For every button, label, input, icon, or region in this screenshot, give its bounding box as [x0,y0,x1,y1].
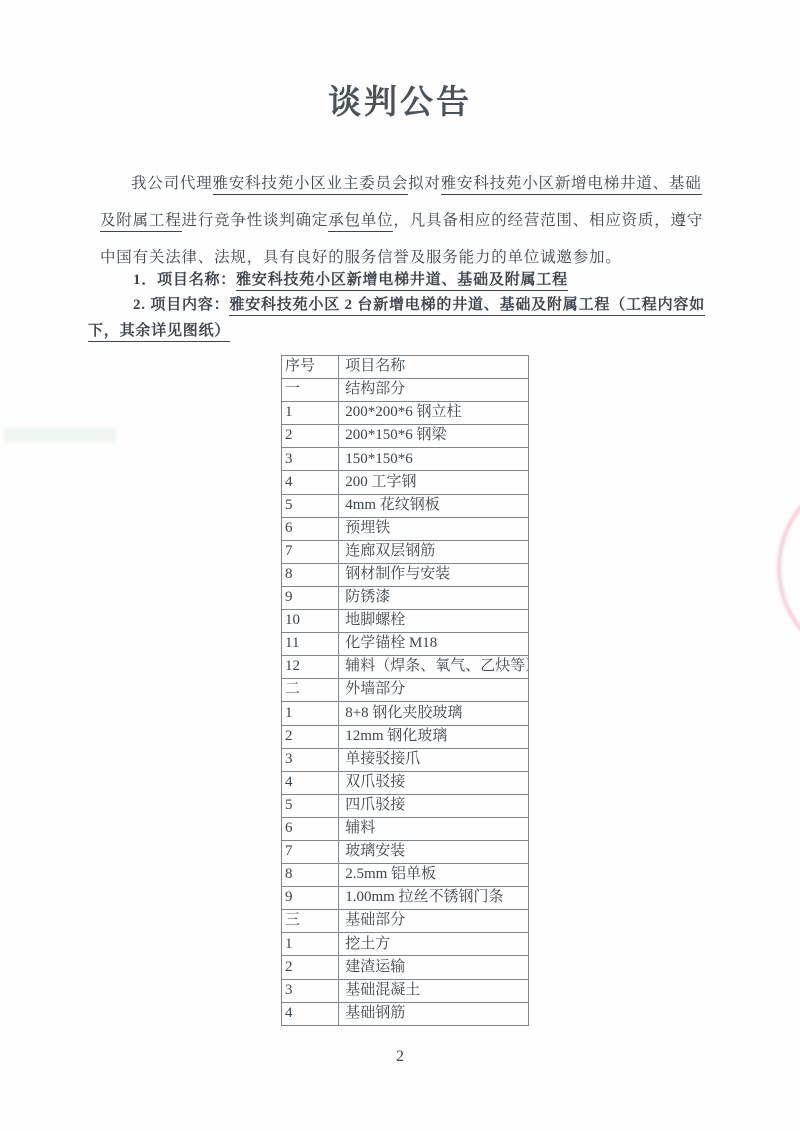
cell-item-name: 辅料 [339,817,529,840]
table-row: 212mm 钢化玻璃 [282,725,529,748]
project-items-table: 序号项目名称 一结构部分1200*200*6 钢立柱2200*150*6 钢梁3… [281,355,529,1026]
table-row: 6辅料 [282,817,529,840]
cell-item-name: 基础混凝土 [339,979,529,1002]
cell-item-name: 建渣运输 [339,956,529,979]
cell-seq: 3 [282,748,339,771]
table-row: 三基础部分 [282,910,529,933]
table-row: 1挖土方 [282,933,529,956]
text-line: 下，其余详见图纸） [88,319,728,344]
cell-seq: 7 [282,540,339,563]
cell-seq: 8 [282,864,339,887]
cell-item-name: 化学锚栓 M18 [339,633,529,656]
table-header-row: 序号项目名称 [282,356,529,379]
document-page: 谈判公告 我公司代理雅安科技苑小区业主委员会拟对雅安科技苑小区新增电梯井道、基础… [0,0,800,1131]
cell-item-name: 1.00mm 拉丝不锈钢门条 [339,887,529,910]
cell-item-name: 200 工字钢 [339,471,529,494]
cell-item-name: 200*200*6 钢立柱 [339,402,529,425]
table-body: 一结构部分1200*200*6 钢立柱2200*150*6 钢梁3150*150… [282,379,529,1026]
cell-item-name: 4mm 花纹钢板 [339,494,529,517]
cell-seq: 5 [282,794,339,817]
table-row: 5四爪驳接 [282,794,529,817]
cell-item-name: 四爪驳接 [339,794,529,817]
cell-item-name: 连廊双层钢筋 [339,540,529,563]
cell-item-name: 外墙部分 [339,679,529,702]
cell-item-name: 钢材制作与安装 [339,563,529,586]
cell-seq: 12 [282,656,339,679]
text-line: 及附属工程进行竞争性谈判确定承包单位，凡具备相应的经营范围、相应资质，遵守 [100,202,720,239]
cell-item-name: 150*150*6 [339,448,529,471]
cell-seq: 10 [282,610,339,633]
underlined-text: 下，其余详见图纸） [88,323,230,342]
cell-item-name: 防锈漆 [339,586,529,609]
table-row: 54mm 花纹钢板 [282,494,529,517]
cell-seq: 1 [282,402,339,425]
cell-seq: 11 [282,633,339,656]
red-seal-stamp-arc [777,470,800,666]
cell-seq: 二 [282,679,339,702]
text-line: 1．项目名称：雅安科技苑小区新增电梯井道、基础及附属工程 [88,268,728,293]
text-run: 我公司代理 [131,175,213,192]
text-run: 中国有关法律、法规，具有良好的服务信誉及服务能力的单位诚邀参加。 [100,249,622,266]
text-run: 拟对 [408,175,441,192]
cell-item-name: 预埋铁 [339,517,529,540]
cell-item-name: 辅料（焊条、氧气、乙炔等） [339,656,529,679]
cell-seq: 5 [282,494,339,517]
cell-seq: 4 [282,1002,339,1025]
cell-seq: 4 [282,771,339,794]
cell-seq: 一 [282,379,339,402]
text-line: 我公司代理雅安科技苑小区业主委员会拟对雅安科技苑小区新增电梯井道、基础 [100,165,720,202]
page-title: 谈判公告 [0,76,800,123]
cell-seq: 三 [282,910,339,933]
text-run: ，凡具备相应的经营范围、相应资质，遵守 [393,212,703,229]
underlined-text: 雅安科技苑小区 2 台新增电梯的井道、基础及附属工程（工程内容如 [229,297,705,316]
cell-seq: 1 [282,702,339,725]
table-row: 一结构部分 [282,379,529,402]
cell-item-name: 玻璃安装 [339,840,529,863]
header-seq: 序号 [282,356,339,379]
cell-seq: 1 [282,933,339,956]
table-row: 11化学锚栓 M18 [282,633,529,656]
cell-item-name: 基础钢筋 [339,1002,529,1025]
underlined-text: 及附属工程 [100,212,182,232]
cell-item-name: 12mm 钢化玻璃 [339,725,529,748]
underlined-text: 雅安科技苑小区新增电梯井道、基础及附属工程 [236,272,568,291]
cell-seq: 9 [282,887,339,910]
table-row: 3单接驳接爪 [282,748,529,771]
cell-seq: 4 [282,471,339,494]
cell-item-name: 8+8 钢化夹胶玻璃 [339,702,529,725]
table-row: 4200 工字钢 [282,471,529,494]
cell-seq: 8 [282,563,339,586]
table-row: 2200*150*6 钢梁 [282,425,529,448]
table-row: 82.5mm 铝单板 [282,864,529,887]
table-row: 1200*200*6 钢立柱 [282,402,529,425]
scan-smudge-artifact [4,428,116,442]
cell-item-name: 双爪驳接 [339,771,529,794]
underlined-text: 雅安科技苑小区新增电梯井道、基础 [441,175,702,195]
table-row: 3基础混凝土 [282,979,529,1002]
cell-item-name: 挖土方 [339,933,529,956]
table-row: 2建渣运输 [282,956,529,979]
cell-item-name: 基础部分 [339,910,529,933]
table-row: 18+8 钢化夹胶玻璃 [282,702,529,725]
intro-paragraph: 我公司代理雅安科技苑小区业主委员会拟对雅安科技苑小区新增电梯井道、基础及附属工程… [100,165,720,276]
table-header: 序号项目名称 [282,356,529,379]
cell-seq: 3 [282,448,339,471]
cell-seq: 2 [282,425,339,448]
table-row: 4基础钢筋 [282,1002,529,1025]
table-row: 7连廊双层钢筋 [282,540,529,563]
cell-item-name: 200*150*6 钢梁 [339,425,529,448]
table-row: 3150*150*6 [282,448,529,471]
cell-seq: 2 [282,725,339,748]
table-row: 9防锈漆 [282,586,529,609]
cell-item-name: 结构部分 [339,379,529,402]
project-items: 1．项目名称：雅安科技苑小区新增电梯井道、基础及附属工程2. 项目内容：雅安科技… [88,268,728,344]
table-row: 12辅料（焊条、氧气、乙炔等） [282,656,529,679]
text-line: 2. 项目内容：雅安科技苑小区 2 台新增电梯的井道、基础及附属工程（工程内容如 [88,293,728,318]
table-row: 二外墙部分 [282,679,529,702]
page-number: 2 [0,1048,800,1066]
cell-item-name: 单接驳接爪 [339,748,529,771]
cell-seq: 6 [282,517,339,540]
header-item-name: 项目名称 [339,356,529,379]
cell-seq: 3 [282,979,339,1002]
cell-seq: 6 [282,817,339,840]
cell-item-name: 地脚螺栓 [339,610,529,633]
cell-seq: 2 [282,956,339,979]
cell-seq: 7 [282,840,339,863]
text-run: 进行竞争性谈判确定 [182,212,329,229]
underlined-text: 承包单位 [328,212,393,232]
cell-item-name: 2.5mm 铝单板 [339,864,529,887]
table-row: 8钢材制作与安装 [282,563,529,586]
underlined-text: 雅安科技苑小区业主委员会 [213,175,409,195]
table-row: 10地脚螺栓 [282,610,529,633]
table-row: 4双爪驳接 [282,771,529,794]
cell-seq: 9 [282,586,339,609]
text-run: 2. 项目内容： [133,297,229,313]
table-row: 6预埋铁 [282,517,529,540]
table-row: 7玻璃安装 [282,840,529,863]
table-row: 91.00mm 拉丝不锈钢门条 [282,887,529,910]
text-run: 1．项目名称： [133,272,236,288]
